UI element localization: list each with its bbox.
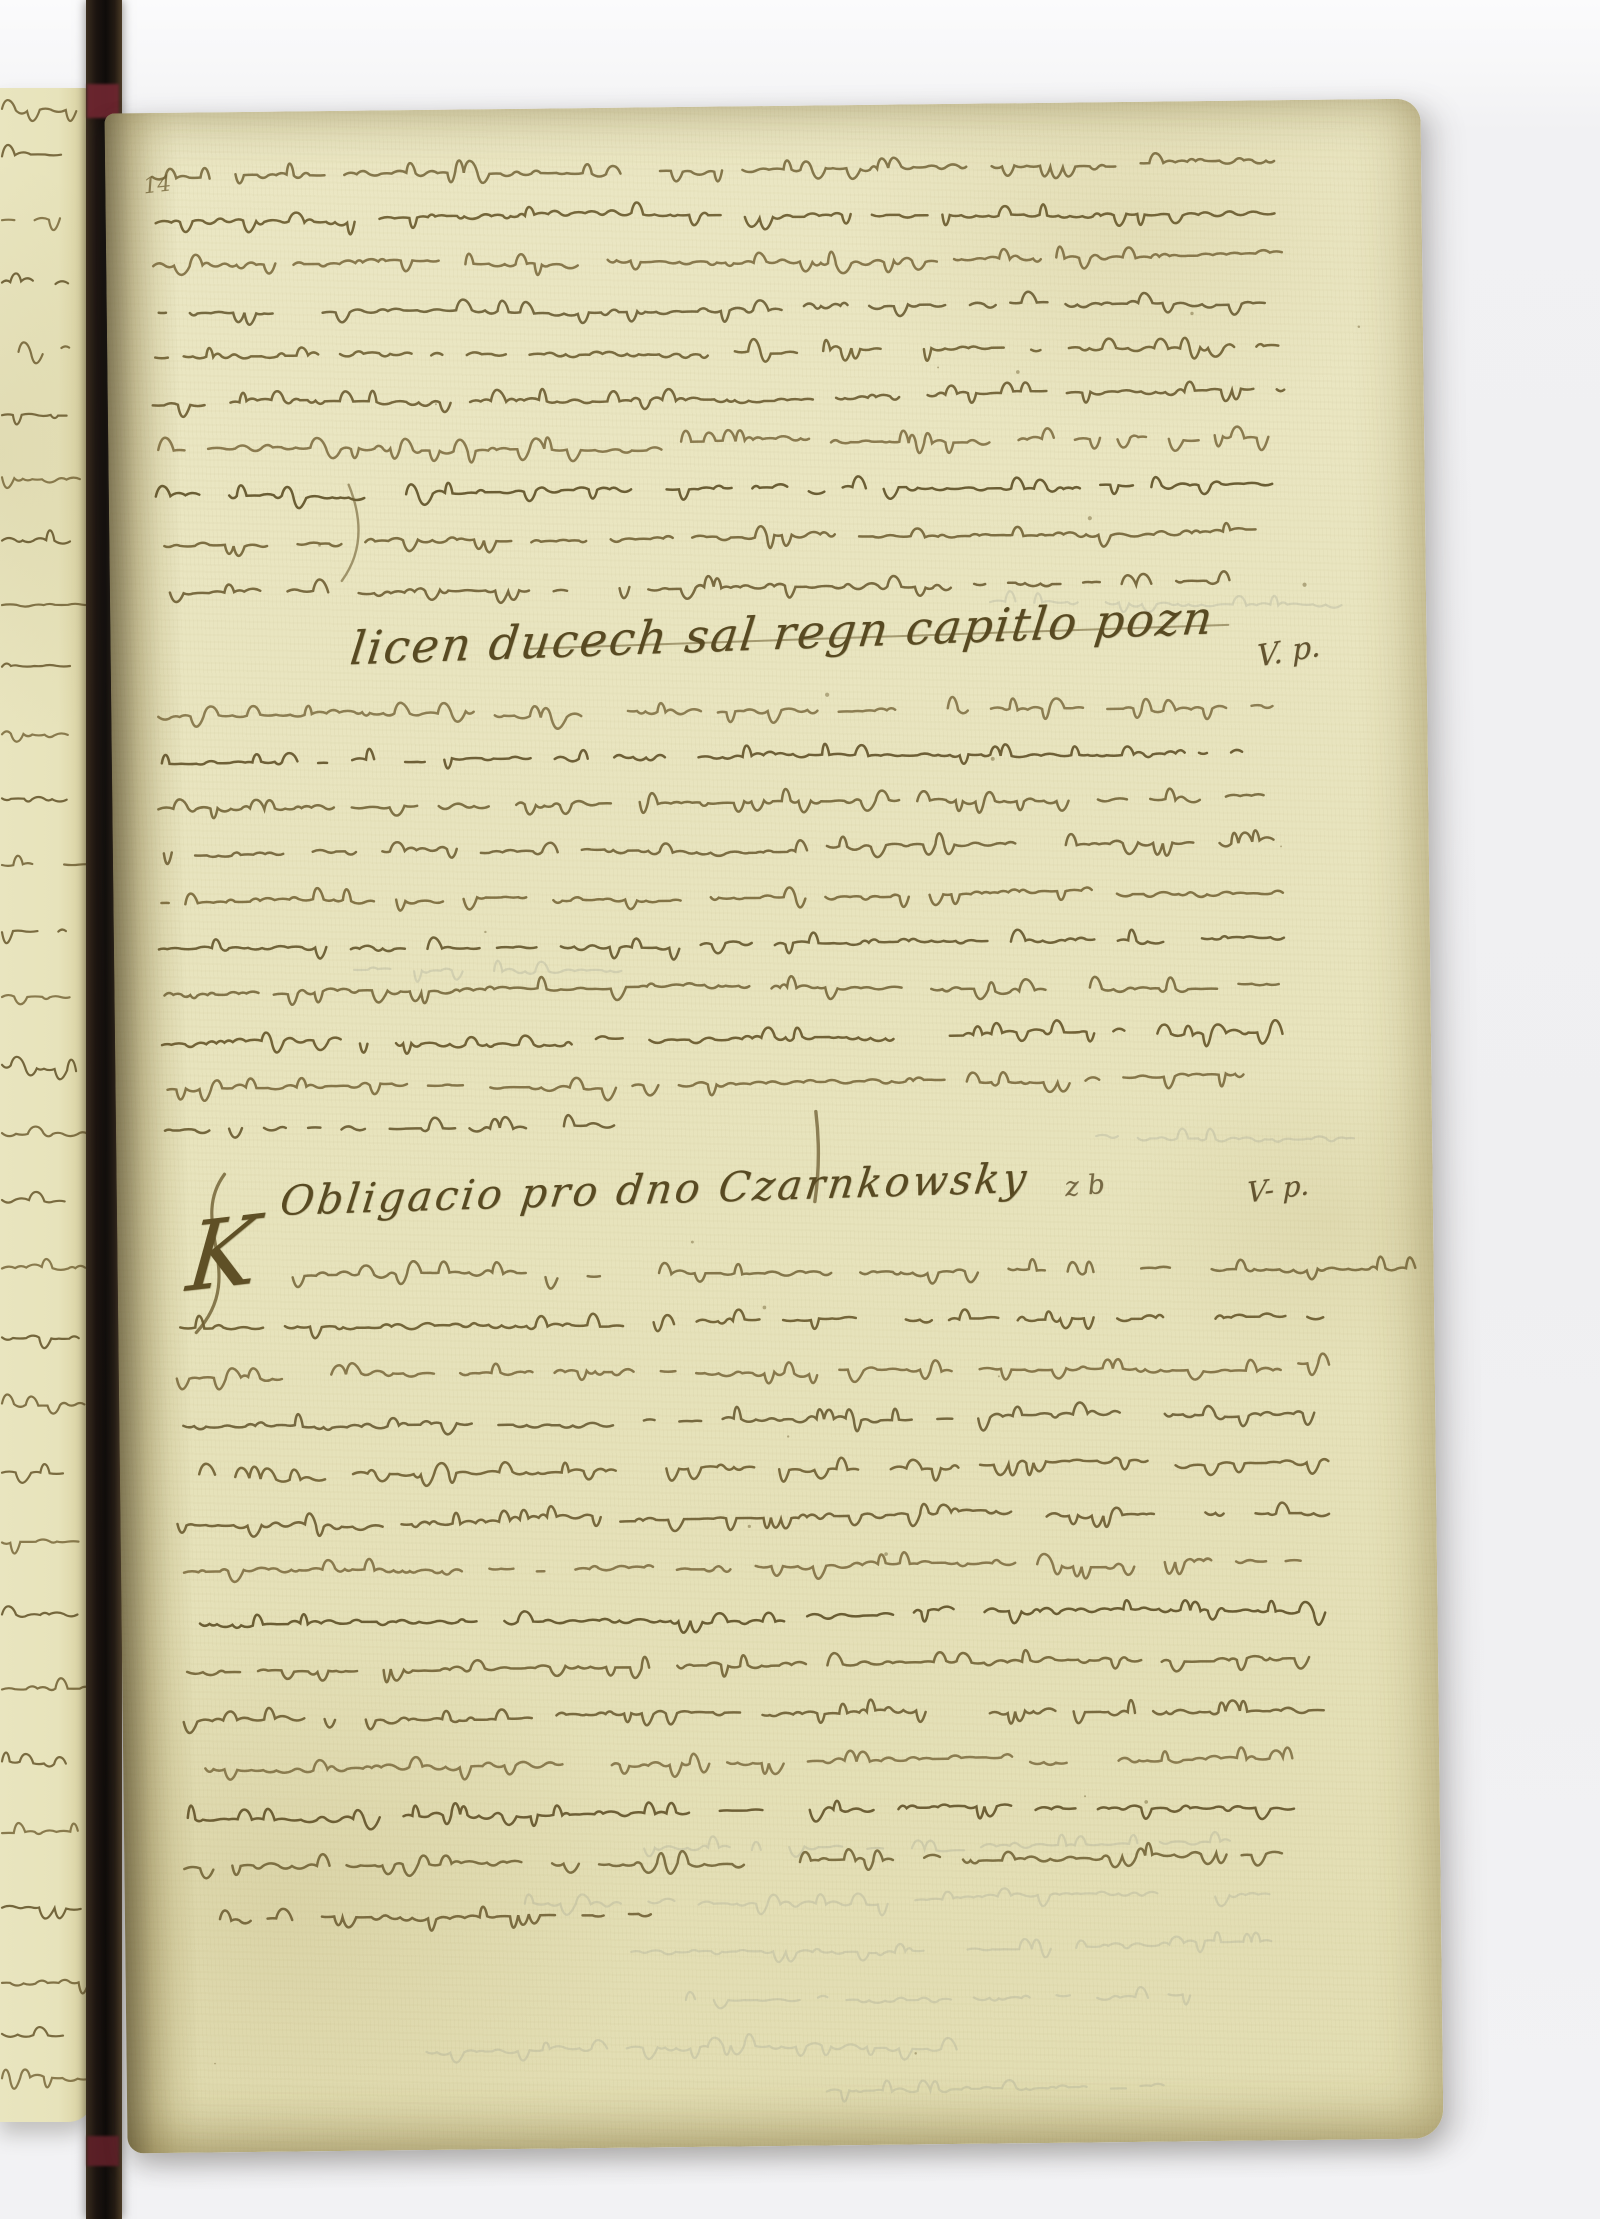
folio-number: 14 (142, 171, 173, 199)
trailing-mark-heading2: z b (1064, 1169, 1106, 1203)
paragraph-initial-letter: K (183, 1203, 262, 1307)
facing-page-edge (0, 88, 94, 2122)
facing-page-marginalia-ink (0, 88, 94, 2122)
binding-red-detail-bottom (87, 2136, 119, 2166)
handwriting-ink-layer (104, 99, 1443, 2154)
manuscript-page: 14 licen ducech sal regn capitlo pozn V.… (104, 99, 1443, 2154)
manuscript-scan: 14 licen ducech sal regn capitlo pozn V.… (0, 0, 1600, 2219)
